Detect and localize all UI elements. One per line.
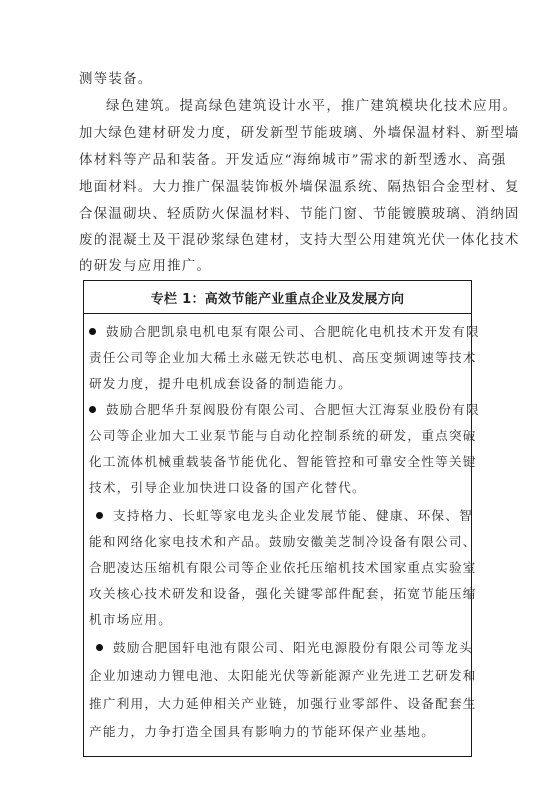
item-line: 合肥凌达压缩机有限公司等企业依托压缩机技术国家重点实验室 [89,560,469,576]
item-line: 鼓励合肥国轩电池有限公司、阳光电源股份有限公司等龙头 [113,640,473,655]
item-line: 企业加速动力锂电池、太阳能光伏等新能源产业先进工艺研发和 [89,668,469,684]
bullet-icon [89,328,96,335]
item-line: 能和网络化家电技术和产品。鼓励安徽美芝制冷设备有限公司、 [89,534,469,550]
item-line: 支持格力、长虹等家电龙头企业发展节能、健康、环保、智 [113,508,473,523]
item-line: 机市场应用。 [89,612,469,628]
paragraph-line: 绿色建筑。提高绿色建筑设计水平，推广建筑模块化技术应用。 [106,99,506,115]
paragraph-line: 地面材料。大力推广保温装饰板外墙保温系统、隔热铝合金型材、复 [79,180,479,196]
paragraph-line: 废的混凝土及干混砂浆绿色建材，支持大型公用建筑光伏一体化技术 [79,233,479,249]
item-line: 鼓励合肥凯泉电机电泵有限公司、合肥皖化电机技术开发有限 [106,324,480,339]
paragraph-line: 合保温砌块、轻质防火保温材料、节能门窗、节能镀膜玻璃、消纳固 [79,207,479,223]
item-line: 责任公司等企业加大稀土永磁无铁芯电机、高压变频调速等技术 [89,350,469,366]
bullet-icon [96,512,103,519]
item-line: 研发力度，提升电机成套设备的制造能力。 [89,376,469,392]
item-line: 攻关核心技术研发和设备，强化关键零部件配套，拓宽节能压缩 [89,586,469,602]
paragraph-line: 加大绿色建材研发力度，研发新型节能玻璃、外墙保温材料、新型墙 [79,126,479,142]
paragraph-line: 体材料等产品和装备。开发适应“海绵城市”需求的新型透水、高强 [79,153,479,169]
item-line: 产能力，力争打造全国具有影响力的节能环保产业基地。 [89,724,469,740]
column-box: 专栏 1：高效节能产业重点企业及发展方向 鼓励合肥凯泉电机电泵有限公司、合肥皖化… [83,280,472,757]
item-line: 鼓励合肥华升泵阀股份有限公司、合肥恒大江海泵业股份有限 [106,402,480,417]
item-line: 化工流体机械重载装备节能优化、智能管控和可靠安全性等关键 [89,454,469,470]
item-line: 技术，引导企业加快进口设备的国产化替代。 [89,480,469,496]
column-box-title: 专栏 1：高效节能产业重点企业及发展方向 [151,288,405,307]
bullet-icon [96,644,103,651]
item-line: 推广利用，大力延伸相关产业链，加强行业零部件、设备配套生 [89,696,469,712]
document-page: 测等装备。 绿色建筑。提高绿色建筑设计水平，推广建筑模块化技术应用。 加大绿色建… [0,0,550,785]
paragraph-line: 的研发与应用推广。 [79,259,479,275]
bullet-icon [89,406,96,413]
paragraph-continuation: 测等装备。 [79,72,479,88]
column-box-header: 专栏 1：高效节能产业重点企业及发展方向 [84,281,471,314]
item-line: 公司等企业加大工业泵节能与自动化控制系统的研发，重点突破 [89,428,469,444]
